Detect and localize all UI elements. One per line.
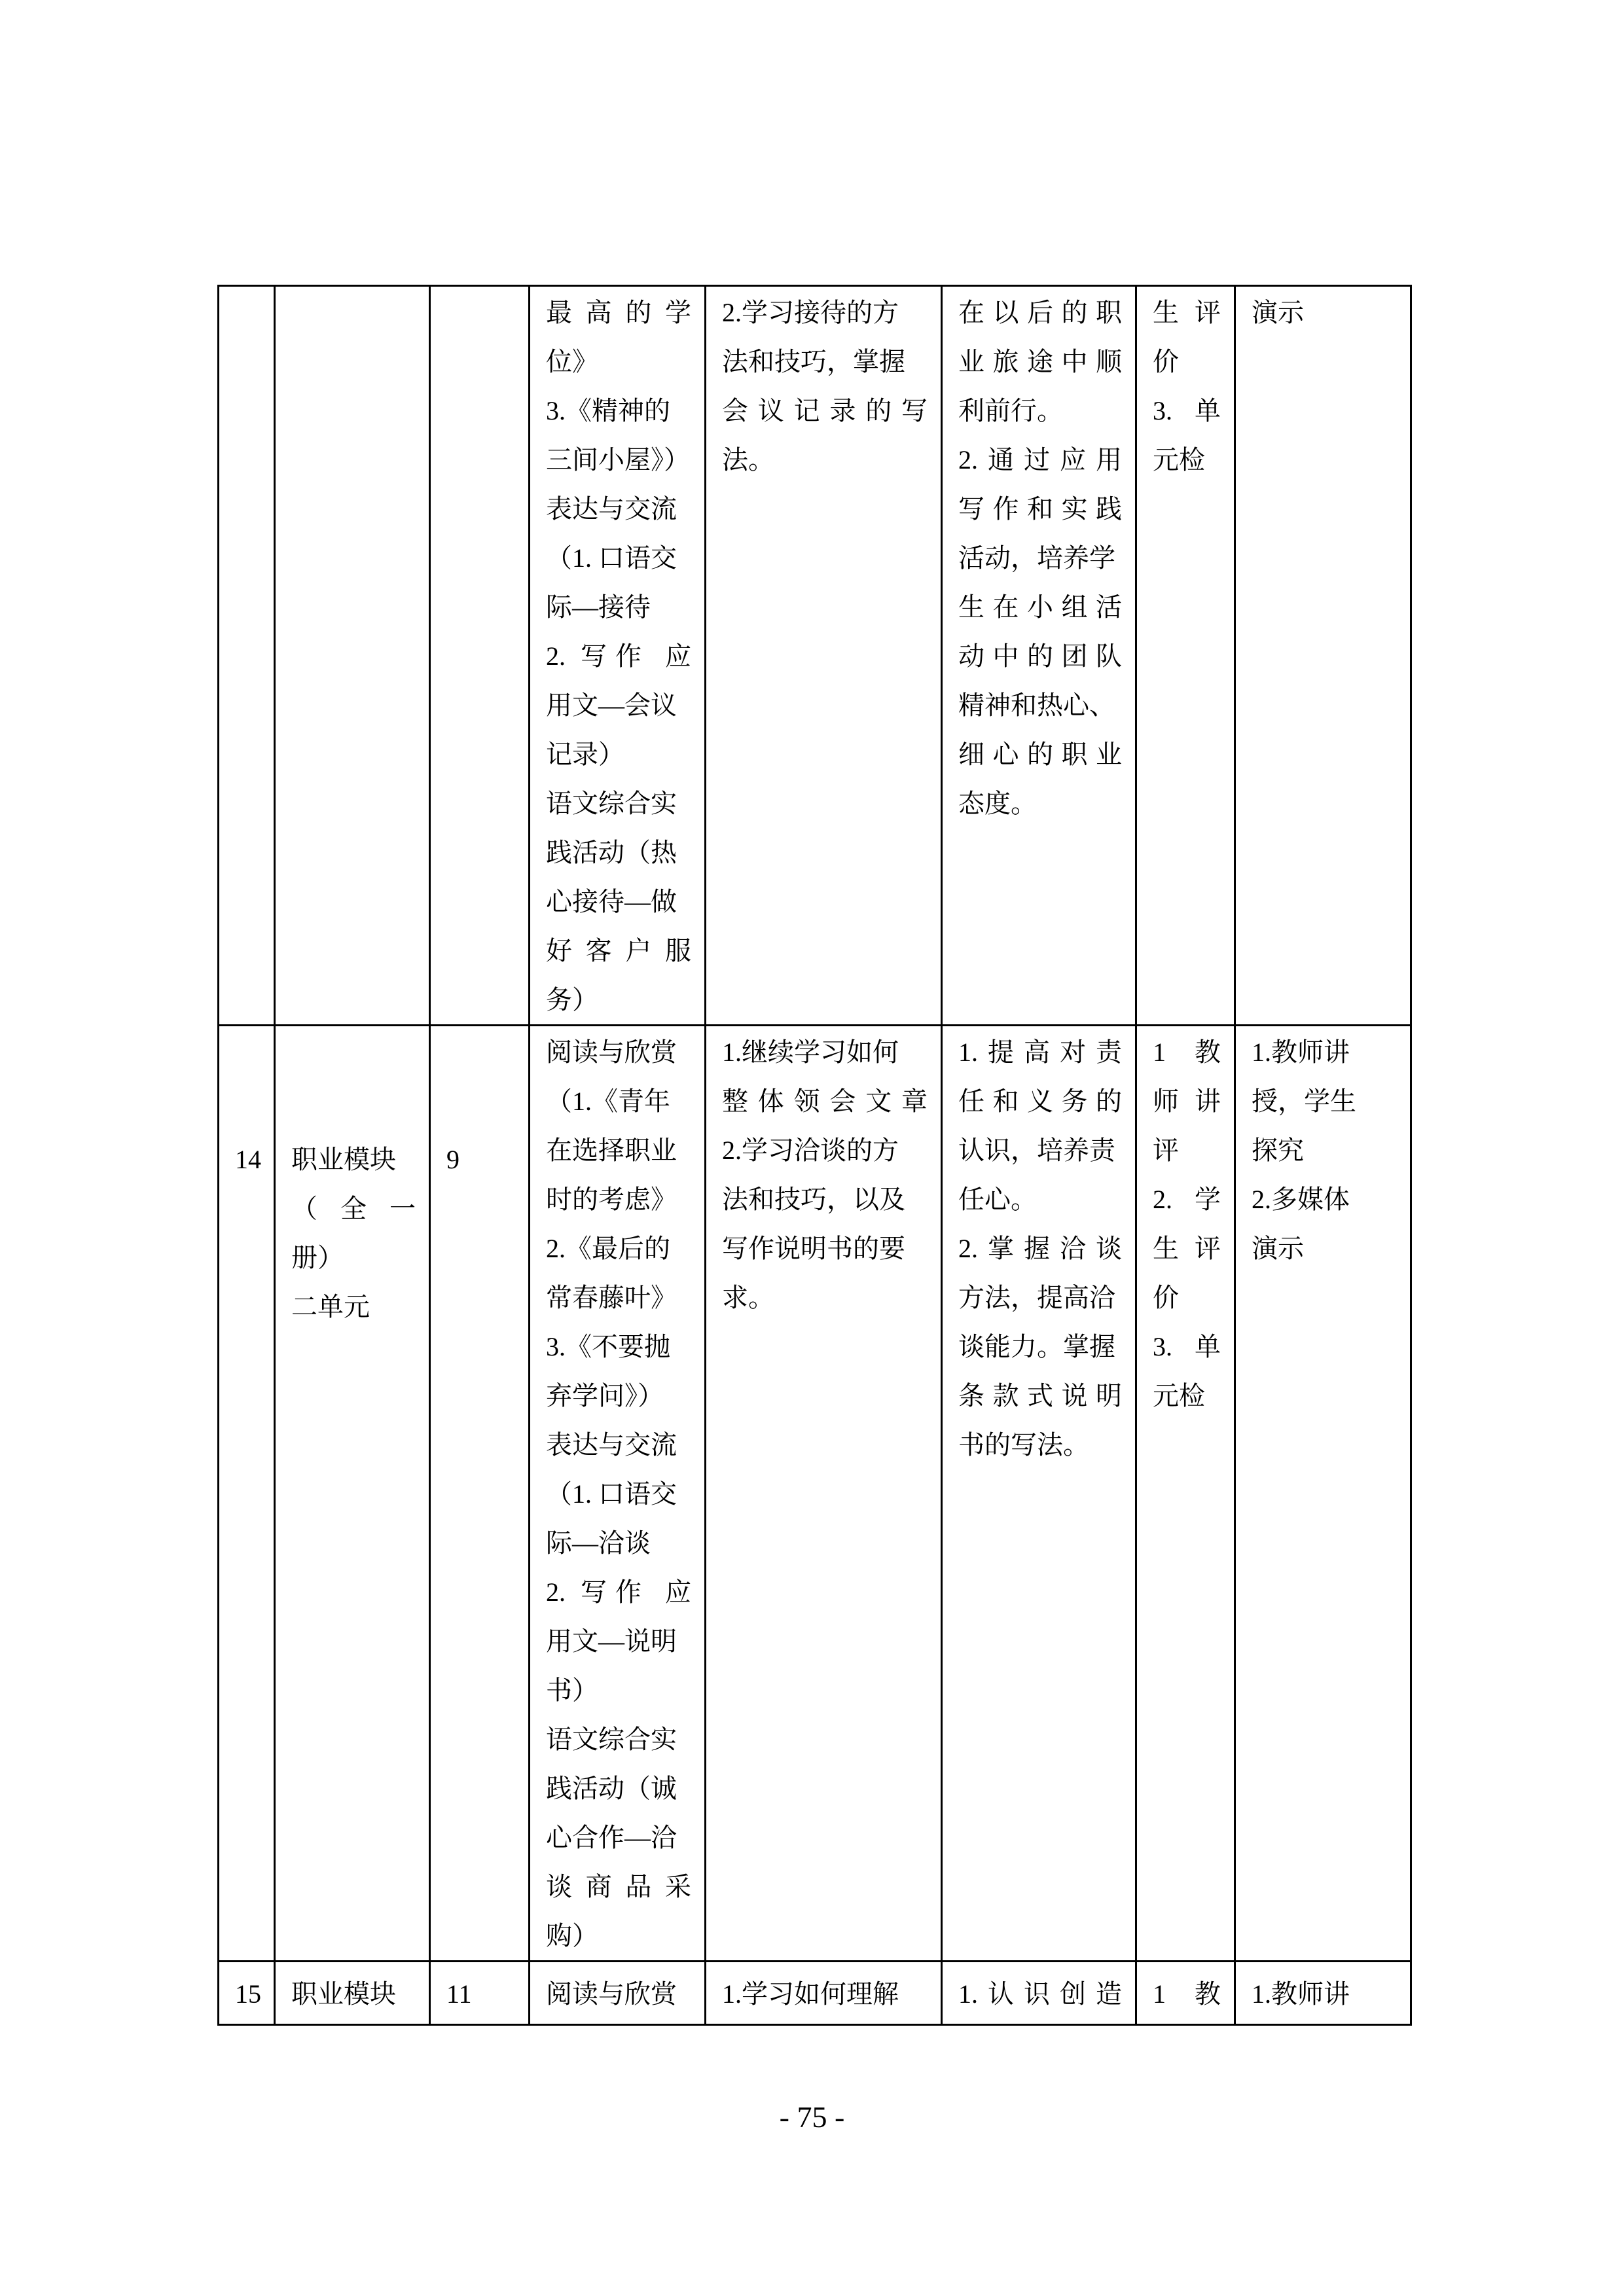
table-row-unit13-continued: 最高的学位》3.《精神的三间小屋》）表达与交流（1. 口语交际—接待2. 写作 …: [219, 286, 1411, 1026]
text-line: 动中的团队: [958, 632, 1122, 681]
text-line: （全一: [291, 1184, 416, 1233]
text-line: 用文—说明: [546, 1617, 691, 1666]
text-line: 元检: [1153, 435, 1221, 484]
text-line: 2. 学: [1153, 1175, 1221, 1224]
text-line: 记录）: [546, 730, 691, 779]
text-line: 写作和实践: [958, 484, 1122, 533]
cell-r3-number: 15: [219, 1962, 275, 2025]
text-line: 心接待—做: [546, 877, 691, 926]
text-line: 践活动（诚: [546, 1764, 691, 1813]
text-line: 任心。: [958, 1175, 1122, 1224]
text-line: 在以后的职: [958, 288, 1122, 337]
text-line: 2. 写作 应: [546, 632, 691, 681]
text-line: 1.继续学习如何: [722, 1028, 928, 1077]
text-line: 任和义务的: [958, 1077, 1122, 1126]
text-line: 演示: [1252, 1224, 1397, 1273]
text-line: 方法，提高洽: [958, 1273, 1122, 1322]
text-line: 语文综合实: [546, 1715, 691, 1764]
text-line: 2.通过应用: [958, 435, 1122, 484]
text-line: 11: [446, 1969, 515, 2018]
text-line: 1.教师讲: [1252, 1969, 1397, 2018]
document-page: 最高的学位》3.《精神的三间小屋》）表达与交流（1. 口语交际—接待2. 写作 …: [0, 0, 1624, 2296]
text-line: 探究: [1252, 1126, 1397, 1175]
cell-r1-hours: [430, 286, 530, 1026]
cell-r2-module: 职业模块（全一册）二单元: [275, 1026, 430, 1962]
cell-r3-module: 职业模块: [275, 1962, 430, 2025]
text-line: 1.教师讲: [1252, 1028, 1397, 1077]
text-line: 3.《精神的: [546, 386, 691, 435]
text-line: 价: [1153, 1273, 1221, 1322]
text-line: 价: [1153, 337, 1221, 386]
text-line: 生在小组活: [958, 583, 1122, 632]
text-line: 2.多媒体: [1252, 1175, 1397, 1224]
text-line: 表达与交流: [546, 484, 691, 533]
text-line: 在选择职业: [546, 1126, 691, 1175]
text-line: 法和技巧，以及: [722, 1175, 928, 1224]
text-line: 1 教: [1153, 1028, 1221, 1077]
text-line: 书的写法。: [958, 1420, 1122, 1469]
text-line: 职业模块: [291, 1969, 416, 2018]
text-line: （1. 口语交: [546, 1469, 691, 1518]
cell-r3-outcomes: 1.认识创造: [942, 1962, 1136, 2025]
cell-r3-methods: 1.教师讲: [1235, 1962, 1411, 2025]
text-line: 活动，培养学: [958, 533, 1122, 583]
text-line: 9: [446, 1135, 515, 1184]
text-line: 三间小屋》）: [546, 435, 691, 484]
text-line: 2.掌握洽谈: [958, 1224, 1122, 1273]
text-line: 时的考虑》: [546, 1175, 691, 1224]
text-line: 书）: [546, 1666, 691, 1715]
text-line: 14: [235, 1135, 261, 1184]
text-line: （1.《青年: [546, 1077, 691, 1126]
text-line: 职业模块: [291, 1135, 416, 1184]
cell-r3-objectives: 1.学习如何理解: [706, 1962, 942, 2025]
text-line: 阅读与欣赏: [546, 1028, 691, 1077]
table-row-unit14: 14 职业模块（全一册）二单元 9 阅读与欣赏（1.《青年在选择职业时的考虑》2…: [219, 1026, 1411, 1962]
cell-r2-objectives: 1.继续学习如何整体领会文章2.学习洽谈的方法和技巧，以及写作说明书的要求。: [706, 1026, 942, 1962]
text-line: 阅读与欣赏: [546, 1969, 691, 2018]
text-line: 求。: [722, 1273, 928, 1322]
page-number: - 75 -: [0, 2098, 1624, 2137]
text-line: 细心的职业: [958, 730, 1122, 779]
text-line: 3. 单: [1153, 386, 1221, 435]
text-line: 册）: [291, 1233, 416, 1282]
text-line: 评: [1153, 1126, 1221, 1175]
cell-r1-outcomes: 在以后的职业旅途中顺利前行。2.通过应用写作和实践活动，培养学生在小组活动中的团…: [942, 286, 1136, 1026]
text-line: （1. 口语交: [546, 533, 691, 583]
cell-r2-evaluation: 1 教师 讲评2. 学生 评价3. 单元检: [1136, 1026, 1235, 1962]
text-line: 业旅途中顺: [958, 337, 1122, 386]
text-line: 3. 单: [1153, 1322, 1221, 1371]
cell-r3-evaluation: 1 教: [1136, 1962, 1235, 2025]
text-line: 际—洽谈: [546, 1518, 691, 1568]
text-line: 精神和热心、: [958, 681, 1122, 730]
text-line: 法和技巧，掌握: [722, 337, 928, 386]
text-line: 写作说明书的要: [722, 1224, 928, 1273]
text-line: 2.《最后的: [546, 1224, 691, 1273]
curriculum-schedule-table: 最高的学位》3.《精神的三间小屋》）表达与交流（1. 口语交际—接待2. 写作 …: [217, 285, 1412, 2026]
text-line: 语文综合实: [546, 779, 691, 828]
cell-r2-hours: 9: [430, 1026, 530, 1962]
text-line: 授，学生: [1252, 1077, 1397, 1126]
cell-r2-methods: 1.教师讲授，学生探究2.多媒体演示: [1235, 1026, 1411, 1962]
text-line: 态度。: [958, 779, 1122, 828]
text-line: 好客户服: [546, 926, 691, 975]
cell-r2-outcomes: 1.提高对责任和义务的认识，培养责任心。2.掌握洽谈方法，提高洽谈能力。掌握条款…: [942, 1026, 1136, 1962]
text-line: 谈能力。掌握: [958, 1322, 1122, 1371]
text-line: 演示: [1252, 288, 1397, 337]
cell-r1-methods: 演示: [1235, 286, 1411, 1026]
cell-r1-content: 最高的学位》3.《精神的三间小屋》）表达与交流（1. 口语交际—接待2. 写作 …: [530, 286, 706, 1026]
table-row-unit15: 15 职业模块 11 阅读与欣赏 1.学习如何理解 1.认识创造 1 教 1.教…: [219, 1962, 1411, 2025]
text-line: 购）: [546, 1911, 691, 1960]
text-line: 利前行。: [958, 386, 1122, 435]
text-line: 谈商品采: [546, 1862, 691, 1911]
text-line: 3.《不要抛: [546, 1322, 691, 1371]
cell-r2-content: 阅读与欣赏（1.《青年在选择职业时的考虑》2.《最后的常春藤叶》3.《不要抛弃学…: [530, 1026, 706, 1962]
cell-r1-number: [219, 286, 275, 1026]
text-line: 生 评: [1153, 288, 1221, 337]
cell-r2-number: 14: [219, 1026, 275, 1962]
text-line: 务）: [546, 975, 691, 1024]
cell-r3-hours: 11: [430, 1962, 530, 2025]
text-line: 践活动（热: [546, 828, 691, 877]
text-line: 2.学习洽谈的方: [722, 1126, 928, 1175]
text-line: 表达与交流: [546, 1420, 691, 1469]
text-line: 1 教: [1153, 1969, 1221, 2018]
text-line: 条款式说明: [958, 1371, 1122, 1420]
cell-r1-evaluation: 生 评价3. 单元检: [1136, 286, 1235, 1026]
text-line: 认识，培养责: [958, 1126, 1122, 1175]
text-line: 际—接待: [546, 583, 691, 632]
text-line: 心合作—洽: [546, 1813, 691, 1862]
text-line: 常春藤叶》: [546, 1273, 691, 1322]
text-line: 1.认识创造: [958, 1969, 1122, 2018]
text-line: 弃学问》）: [546, 1371, 691, 1420]
text-line: 会议记录的写: [722, 386, 928, 435]
text-line: 整体领会文章: [722, 1077, 928, 1126]
text-line: 师 讲: [1153, 1077, 1221, 1126]
text-line: 生 评: [1153, 1224, 1221, 1273]
cell-r3-content: 阅读与欣赏: [530, 1962, 706, 2025]
text-line: 法。: [722, 435, 928, 484]
text-line: 最高的学: [546, 288, 691, 337]
text-line: 1.提高对责: [958, 1028, 1122, 1077]
text-line: 元检: [1153, 1371, 1221, 1420]
text-line: 用文—会议: [546, 681, 691, 730]
cell-r1-objectives: 2.学习接待的方法和技巧，掌握会议记录的写法。: [706, 286, 942, 1026]
text-line: 位》: [546, 337, 691, 386]
text-line: 15: [235, 1969, 261, 2018]
text-line: 2.学习接待的方: [722, 288, 928, 337]
text-line: 2. 写作 应: [546, 1568, 691, 1617]
text-line: 二单元: [291, 1282, 416, 1331]
cell-r1-module: [275, 286, 430, 1026]
text-line: 1.学习如何理解: [722, 1969, 928, 2018]
